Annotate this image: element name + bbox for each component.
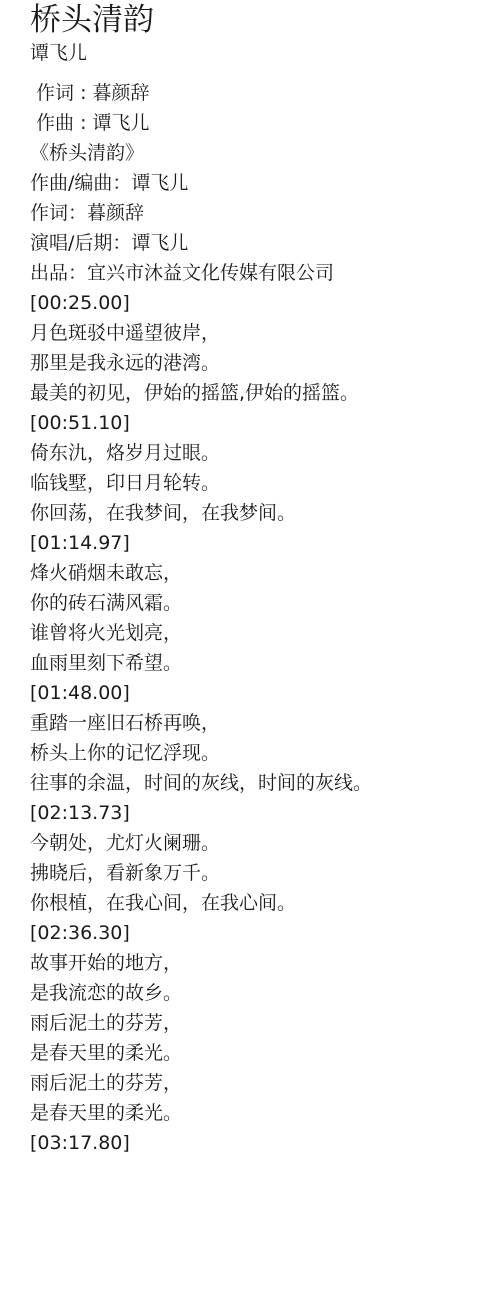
lyric-line: 烽火硝烟未敢忘，: [30, 558, 372, 588]
lyric-timestamp: [00:25.00]: [30, 288, 372, 318]
lyric-line: 那里是我永远的港湾。: [30, 348, 372, 378]
lyric-line: 故事开始的地方，: [30, 948, 372, 978]
lyric-line: 倚东氿，烙岁月过眼。: [30, 438, 372, 468]
lyric-line: 作曲/编曲：谭飞儿: [30, 168, 372, 198]
lyrics-list: 作词 : 暮颜辞 作曲 : 谭飞儿 《桥头清韵》 作曲/编曲：谭飞儿 作词：暮颜…: [30, 78, 372, 1158]
lyric-line: 月色斑驳中遥望彼岸，: [30, 318, 372, 348]
lyric-line: 作词：暮颜辞: [30, 198, 372, 228]
lyric-line: 作曲 : 谭飞儿: [30, 108, 372, 138]
lyric-line: 是春天里的柔光。: [30, 1098, 372, 1128]
lyric-line: 往事的余温，时间的灰线，时间的灰线。: [30, 768, 372, 798]
lyric-line: 是我流恋的故乡。: [30, 978, 372, 1008]
lyric-line: 你的砖石满风霜。: [30, 588, 372, 618]
lyric-line: 雨后泥土的芬芳，: [30, 1008, 372, 1038]
lyric-timestamp: [02:13.73]: [30, 798, 372, 828]
lyric-line: 演唱/后期：谭飞儿: [30, 228, 372, 258]
lyric-line: 拂晓后，看新象万千。: [30, 858, 372, 888]
lyric-line: 重踏一座旧石桥再唤，: [30, 708, 372, 738]
lyric-timestamp: [00:51.10]: [30, 408, 372, 438]
lyric-line: 桥头上你的记忆浮现。: [30, 738, 372, 768]
lyric-timestamp: [03:17.80]: [30, 1128, 372, 1158]
lyric-timestamp: [02:36.30]: [30, 918, 372, 948]
lyric-line: 今朝处，尤灯火阑珊。: [30, 828, 372, 858]
lyric-line: 血雨里刻下希望。: [30, 648, 372, 678]
lyric-line: 出品：宜兴市沐益文化传媒有限公司: [30, 258, 372, 288]
lyric-line: 临钱墅，印日月轮转。: [30, 468, 372, 498]
lyric-line: 《桥头清韵》: [30, 138, 372, 168]
song-artist: 谭飞儿: [30, 41, 87, 65]
lyric-timestamp: [01:48.00]: [30, 678, 372, 708]
lyric-line: 谁曾将火光划亮，: [30, 618, 372, 648]
song-title: 桥头清韵: [30, 0, 154, 40]
lyric-line: 作词 : 暮颜辞: [30, 78, 372, 108]
lyric-line: 雨后泥土的芬芳，: [30, 1068, 372, 1098]
lyric-line: 是春天里的柔光。: [30, 1038, 372, 1068]
lyric-timestamp: [01:14.97]: [30, 528, 372, 558]
lyric-line: 你回荡，在我梦间，在我梦间。: [30, 498, 372, 528]
lyric-line: 最美的初见，伊始的摇篮,伊始的摇篮。: [30, 378, 372, 408]
lyric-line: 你根植，在我心间，在我心间。: [30, 888, 372, 918]
